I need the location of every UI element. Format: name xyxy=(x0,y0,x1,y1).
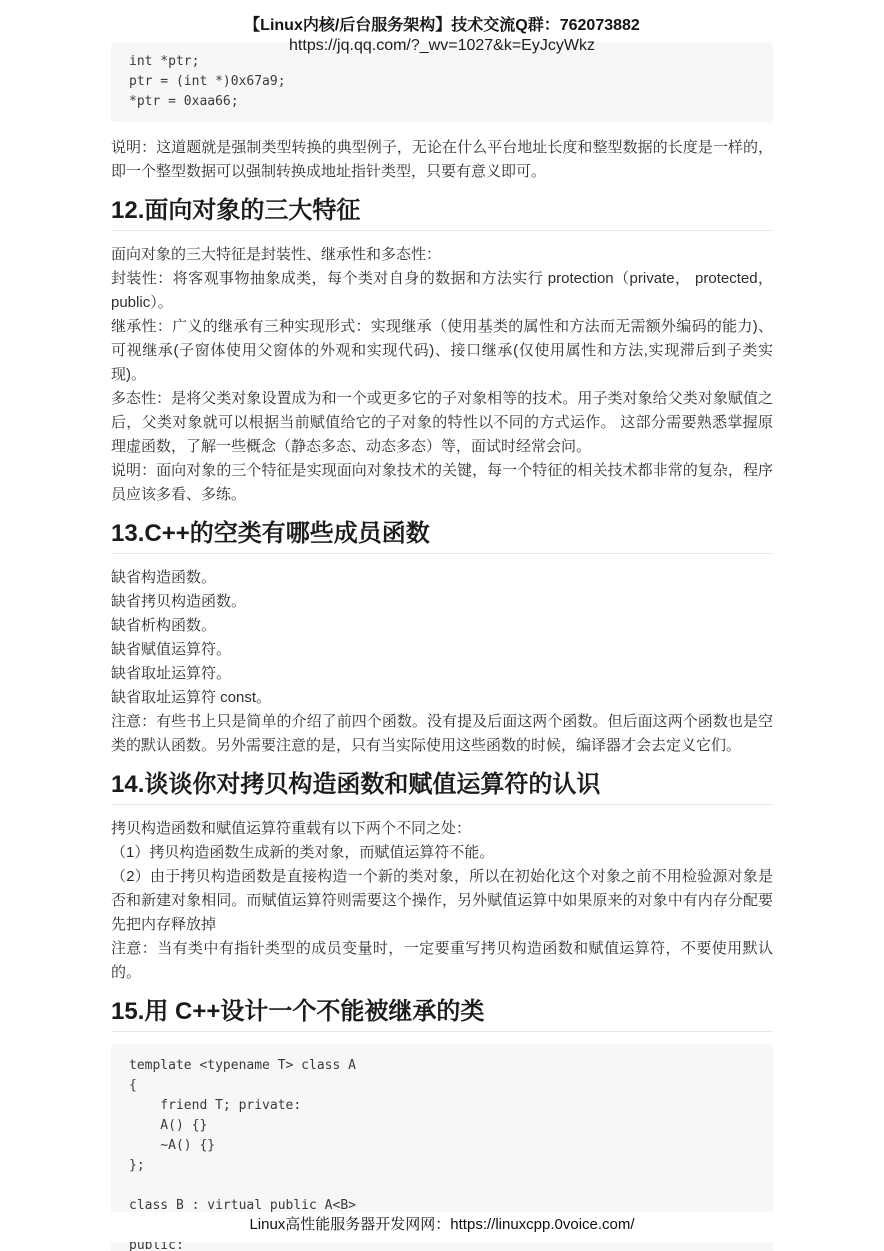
footer-site-link[interactable]: Linux高性能服务器开发网网：https://linuxcpp.0voice.… xyxy=(249,1216,634,1233)
paragraph-polymorphism: 多态性：是将父类对象设置成为和一个或更多它的子对象相等的技术。用子类对象给父类对… xyxy=(111,387,773,459)
page-footer: Linux高性能服务器开发网网：https://linuxcpp.0voice.… xyxy=(0,1212,884,1242)
list-item-default-constructor: 缺省构造函数。 xyxy=(111,566,773,590)
section-13-empty-class-members: 13.C++的空类有哪些成员函数 缺省构造函数。 缺省拷贝构造函数。 缺省析构函… xyxy=(111,519,773,758)
list-item-copy-constructor: 缺省拷贝构造函数。 xyxy=(111,590,773,614)
section-15-heading: 15.用 C++设计一个不能被继承的类 xyxy=(111,997,773,1032)
list-item-destructor: 缺省析构函数。 xyxy=(111,614,773,638)
section-14-copy-ctor-vs-assignment: 14.谈谈你对拷贝构造函数和赋值运算符的认识 拷贝构造函数和赋值运算符重载有以下… xyxy=(111,770,773,985)
list-item-assignment-operator: 缺省赋值运算符。 xyxy=(111,638,773,662)
paragraph-pointer-member-note: 注意：当有类中有指针类型的成员变量时，一定要重写拷贝构造函数和赋值运算符，不要使… xyxy=(111,937,773,985)
list-item-addressof-const: 缺省取址运算符 const。 xyxy=(111,686,773,710)
section-12-oop-features: 12.面向对象的三大特征 面向对象的三大特征是封装性、继承性和多态性： 封装性：… xyxy=(111,196,773,507)
section-14-heading: 14.谈谈你对拷贝构造函数和赋值运算符的认识 xyxy=(111,770,773,805)
section-12-heading: 12.面向对象的三大特征 xyxy=(111,196,773,231)
paragraph-empty-class-note: 注意：有些书上只是简单的介绍了前四个函数。没有提及后面这两个函数。但后面这两个函… xyxy=(111,710,773,758)
paragraph-encapsulation: 封装性：将客观事物抽象成类，每个类对自身的数据和方法实行 protection（… xyxy=(111,267,773,315)
paragraph-difference-1: （1）拷贝构造函数生成新的类对象，而赋值运算符不能。 xyxy=(111,841,773,865)
list-item-addressof-operator: 缺省取址运算符。 xyxy=(111,662,773,686)
paragraph-oop-intro: 面向对象的三大特征是封装性、继承性和多态性： xyxy=(111,243,773,267)
paragraph-inheritance: 继承性：广义的继承有三种实现形式：实现继承（使用基类的属性和方法而无需额外编码的… xyxy=(111,315,773,387)
document-content: int *ptr; ptr = (int *)0x67a9; *ptr = 0x… xyxy=(111,0,773,1251)
paragraph-oop-note: 说明：面向对象的三个特征是实现面向对象技术的关键，每一个特征的相关技术都非常的复… xyxy=(111,459,773,507)
section-13-heading: 13.C++的空类有哪些成员函数 xyxy=(111,519,773,554)
paragraph-difference-2: （2）由于拷贝构造函数是直接构造一个新的类对象，所以在初始化这个对象之前不用检验… xyxy=(111,865,773,937)
code-block-pointer-cast: int *ptr; ptr = (int *)0x67a9; *ptr = 0x… xyxy=(111,42,773,122)
paragraph-differences-intro: 拷贝构造函数和赋值运算符重载有以下两个不同之处： xyxy=(111,817,773,841)
paragraph-cast-explanation: 说明：这道题就是强制类型转换的典型例子，无论在什么平台地址长度和整型数据的长度是… xyxy=(111,136,773,184)
document-page: 【Linux内核/后台服务架构】技术交流Q群：762073882 https:/… xyxy=(0,0,884,1251)
